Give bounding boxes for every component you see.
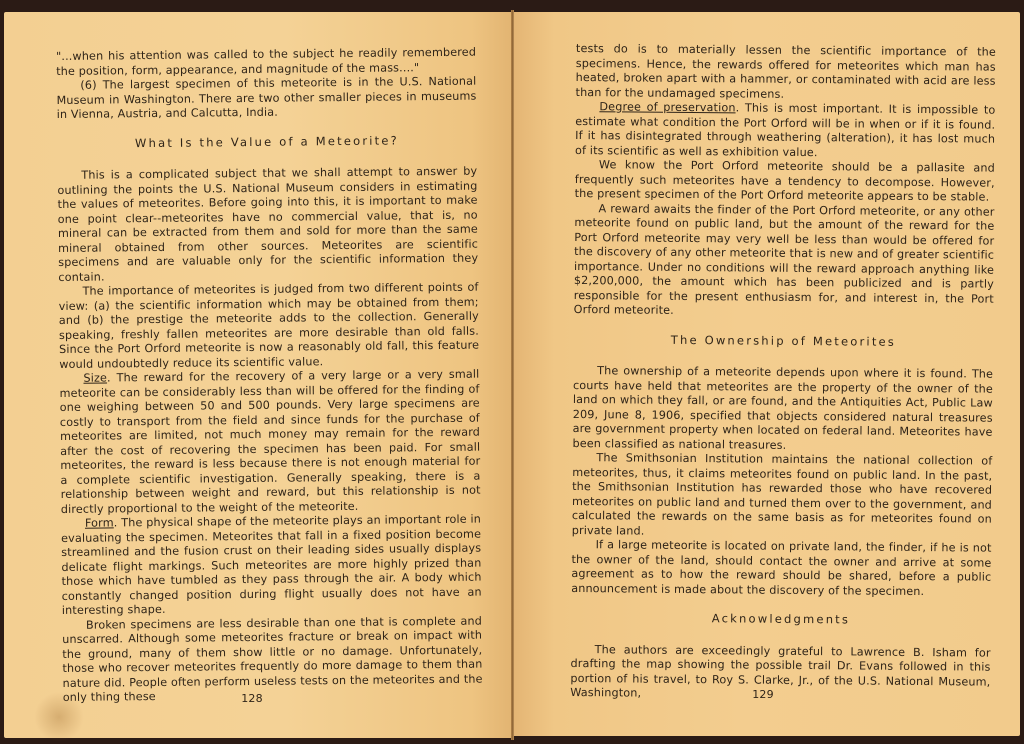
right-page-content: tests do is to materially lessen the sci… bbox=[570, 42, 996, 704]
ownership-paragraph: The Smithsonian Institution maintains th… bbox=[572, 451, 993, 542]
book-spread: "...when his attention was called to the… bbox=[0, 0, 1024, 744]
body-paragraph: This is a complicated subject that we sh… bbox=[57, 165, 478, 285]
ownership-paragraph: The ownership of a meteorite depends upo… bbox=[572, 364, 993, 455]
section-heading-value: What Is the Value of a Meteorite? bbox=[57, 132, 477, 151]
continuation-paragraph: tests do is to materially lessen the sci… bbox=[575, 42, 995, 104]
form-paragraph: Form. The physical shape of the meteorit… bbox=[61, 513, 482, 619]
form-text: . The physical shape of the meteorite pl… bbox=[61, 513, 482, 617]
form-label: Form bbox=[85, 516, 114, 529]
body-paragraph: The importance of meteorites is judged f… bbox=[58, 281, 479, 372]
footnote-paragraph: (6) The largest specimen of this meteori… bbox=[56, 75, 476, 123]
section-heading-acknowledgments: Acknowledgments bbox=[571, 610, 991, 628]
left-page: "...when his attention was called to the… bbox=[4, 12, 512, 738]
paper-stain bbox=[34, 692, 84, 742]
size-label: Size bbox=[83, 371, 107, 384]
body-paragraph: A reward awaits the finder of the Port O… bbox=[574, 201, 995, 321]
size-paragraph: Size. The reward for the recovery of a v… bbox=[59, 368, 480, 517]
quote-paragraph: "...when his attention was called to the… bbox=[56, 46, 476, 79]
page-number-right: 129 bbox=[510, 688, 1016, 703]
size-text: . The reward for the recovery of a very … bbox=[60, 368, 481, 516]
right-page: tests do is to materially lessen the sci… bbox=[514, 12, 1020, 736]
preservation-paragraph: Degree of preservation. This is most imp… bbox=[575, 100, 995, 162]
body-paragraph: We know the Port Orford meteorite should… bbox=[575, 158, 995, 205]
section-heading-ownership: The Ownership of Meteorites bbox=[573, 331, 993, 349]
ownership-paragraph: If a large meteorite is located on priva… bbox=[571, 538, 991, 600]
preservation-label: Degree of preservation bbox=[599, 100, 735, 114]
left-page-content: "...when his attention was called to the… bbox=[56, 46, 483, 706]
